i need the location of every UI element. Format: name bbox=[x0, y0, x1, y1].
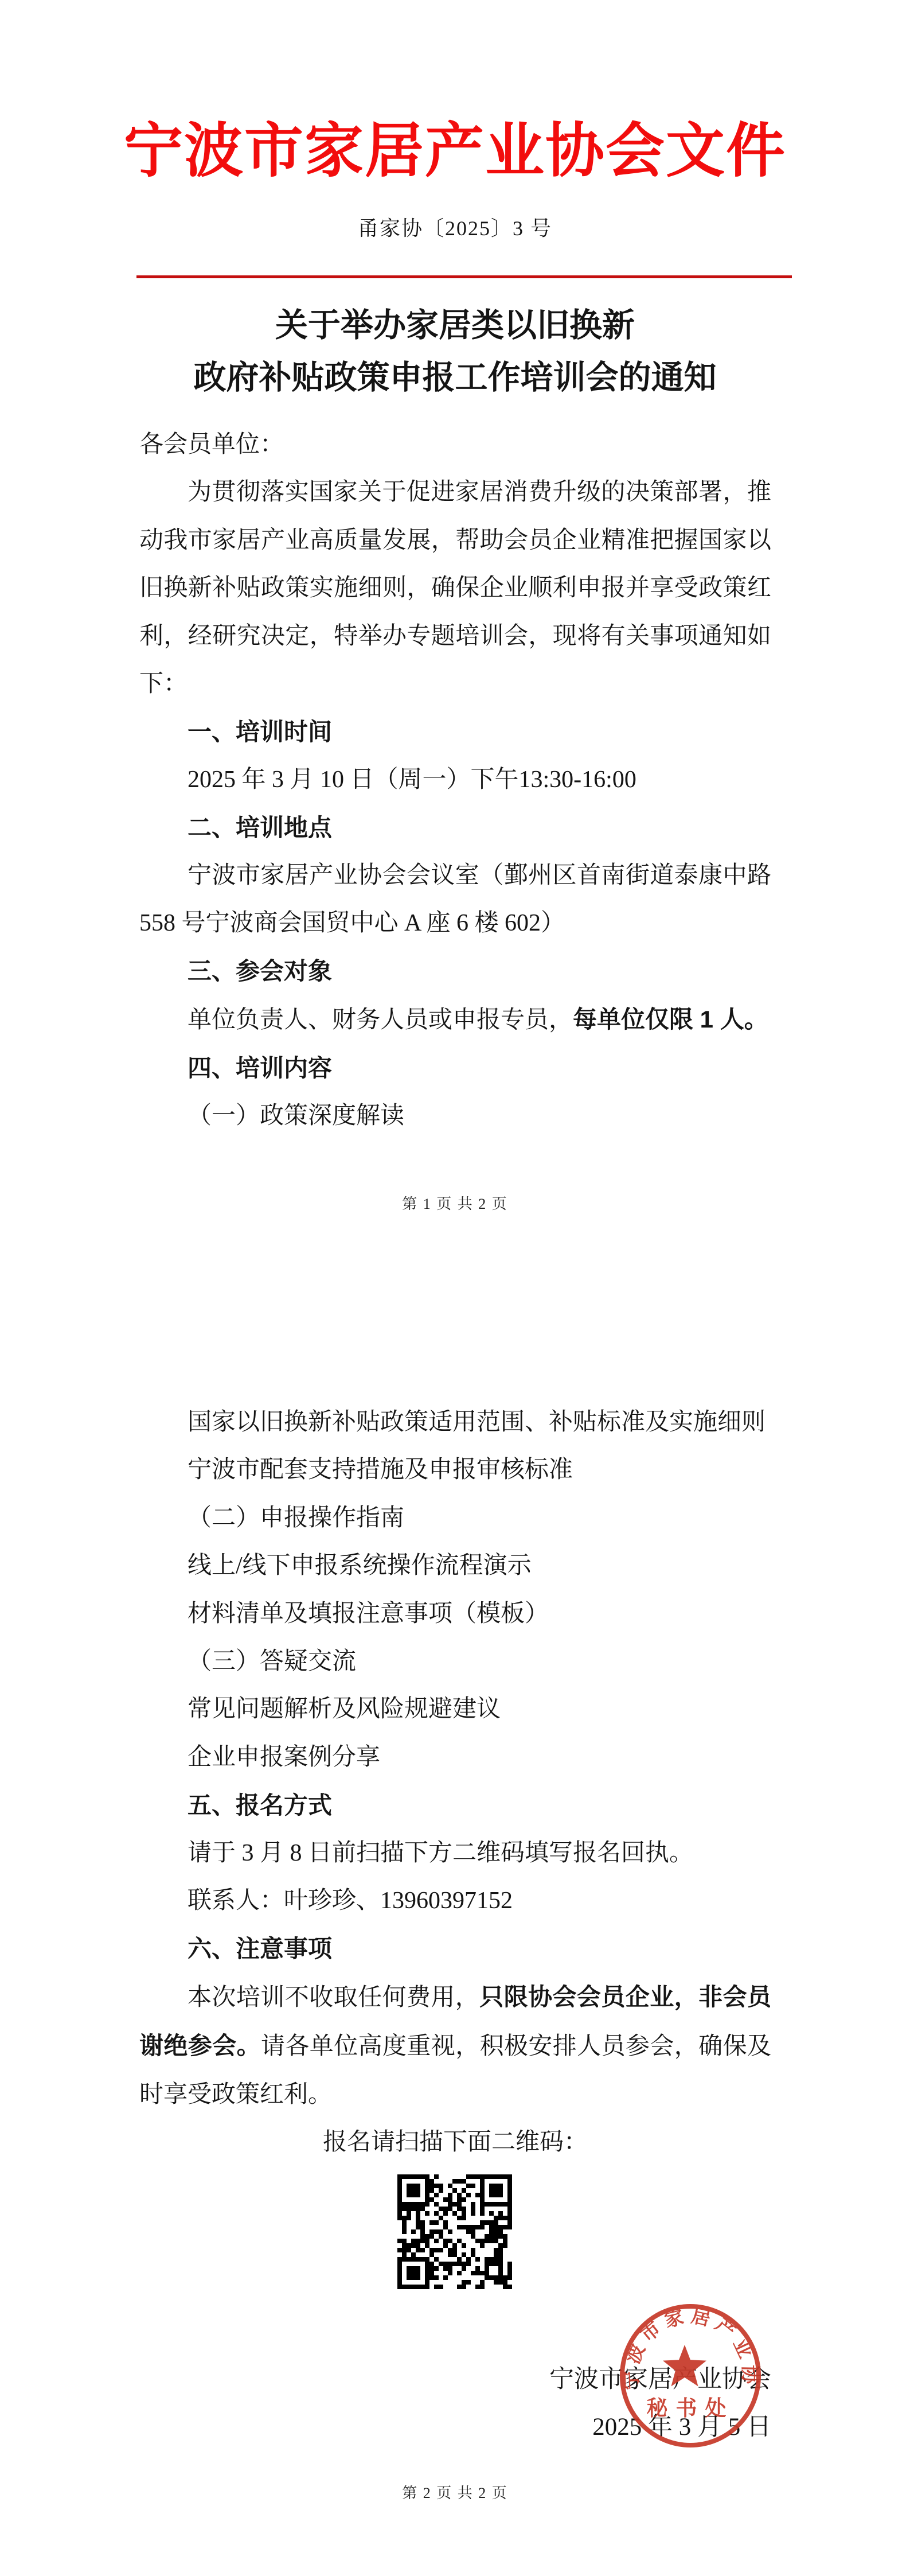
registration-line: 请于 3 月 8 日前扫描下方二维码填写报名回执。 bbox=[139, 1830, 771, 1877]
org-title: 宁波市家居产业协会文件 bbox=[0, 114, 910, 188]
star-icon bbox=[663, 2345, 706, 2386]
attendees-line: 单位负责人、财务人员或申报专员，每单位仅限 1 人。 bbox=[139, 995, 771, 1044]
document-title: 关于举办家居类以旧换新 政府补贴政策申报工作培训会的通知 bbox=[0, 299, 910, 404]
content-item2-title: （二）申报操作指南 bbox=[139, 1495, 771, 1542]
section3-heading: 三、参会对象 bbox=[139, 947, 771, 995]
page2-body: 国家以旧换新补贴政策适用范围、补贴标准及实施细则 宁波市配套支持措施及申报审核标… bbox=[139, 1399, 771, 2167]
contact-line: 联系人：叶珍珍、13960397152 bbox=[139, 1877, 771, 1925]
section1-heading: 一、培训时间 bbox=[139, 708, 771, 756]
content-item1-title: （一）政策深度解读 bbox=[139, 1092, 771, 1140]
qr-code bbox=[397, 2174, 512, 2289]
page1-body: 各会员单位： 为贯彻落实国家关于促进家居消费升级的决策部署，推动我市家居产业高质… bbox=[139, 421, 771, 1140]
training-location: 宁波市家居产业协会会议室（鄞州区首南街道泰康中路 558 号宁波商会国贸中心 A… bbox=[139, 852, 771, 948]
official-seal: 宁波市家居产业协会 秘书处 bbox=[618, 2303, 763, 2448]
attendees-limit-bold: 每单位仅限 1 人。 bbox=[573, 1006, 768, 1033]
notes-paragraph: 本次培训不收取任何费用，只限协会会员企业，非会员谢绝参会。请各单位高度重视，积极… bbox=[139, 1973, 771, 2119]
section5-heading: 五、报名方式 bbox=[139, 1781, 771, 1829]
page1-footer: 第 1 页 共 2 页 bbox=[0, 1196, 910, 1212]
seal-bottom-label: 秘书处 bbox=[647, 2396, 735, 2420]
notes-regular1: 本次培训不收取任何费用， bbox=[188, 1984, 479, 2011]
section2-heading: 二、培训地点 bbox=[139, 804, 771, 851]
header-rule-divider bbox=[136, 275, 792, 278]
content-item3-title: （三）答疑交流 bbox=[139, 1638, 771, 1686]
section6-heading: 六、注意事项 bbox=[139, 1925, 771, 1972]
content-item2-line: 线上/线下申报系统操作流程演示 bbox=[139, 1542, 771, 1590]
content-item2-line: 材料清单及填报注意事项（模板） bbox=[139, 1590, 771, 1638]
content-item1-line: 国家以旧换新补贴政策适用范围、补贴标准及实施细则 bbox=[139, 1399, 771, 1446]
doc-number: 甬家协〔2025〕3 号 bbox=[0, 216, 910, 241]
attendees-regular: 单位负责人、财务人员或申报专员， bbox=[188, 1007, 573, 1033]
salutation: 各会员单位： bbox=[139, 421, 771, 469]
document-title-line1: 关于举办家居类以旧换新 bbox=[0, 299, 910, 352]
content-item3-line: 企业申报案例分享 bbox=[139, 1734, 771, 1781]
intro-paragraph: 为贯彻落实国家关于促进家居消费升级的决策部署，推动我市家居产业高质量发展，帮助会… bbox=[139, 469, 771, 708]
content-item1-line: 宁波市配套支持措施及申报审核标准 bbox=[139, 1446, 771, 1494]
content-item3-line: 常见问题解析及风险规避建议 bbox=[139, 1686, 771, 1733]
section4-heading: 四、培训内容 bbox=[139, 1044, 771, 1092]
page2-footer: 第 2 页 共 2 页 bbox=[0, 2485, 910, 2501]
qr-caption: 报名请扫描下面二维码： bbox=[139, 2119, 771, 2166]
training-time: 2025 年 3 月 10 日（周一）下午13:30-16:00 bbox=[139, 756, 771, 804]
document-title-line2: 政府补贴政策申报工作培训会的通知 bbox=[0, 352, 910, 404]
